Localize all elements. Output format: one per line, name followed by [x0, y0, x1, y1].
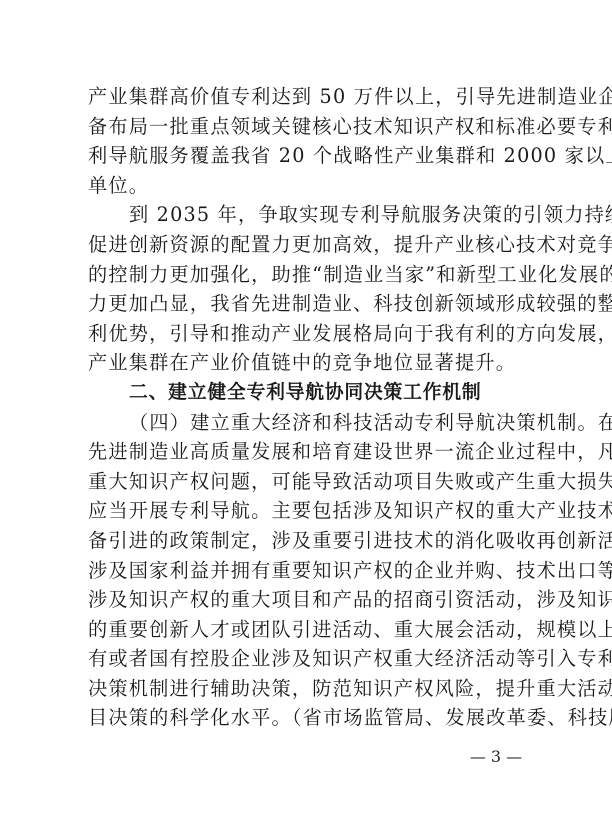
paragraph-line: 先进制造业高质量发展和培育建设世界一流企业过程中，凡涉及 [88, 437, 522, 467]
paragraph-line: 重大知识产权问题，可能导致活动项目失败或产生重大损失的， [88, 467, 522, 497]
paragraph-line: 涉及知识产权的重大项目和产品的招商引资活动，涉及知识产权 [88, 585, 522, 615]
paragraph-line: 涉及国家利益并拥有重要知识产权的企业并购、技术出口等活动， [88, 556, 522, 586]
paragraph-line: 单位。 [88, 171, 522, 201]
paragraph-line: 备引进的政策制定，涉及重要引进技术的消化吸收再创新活动， [88, 526, 522, 556]
document-page: 产业集群高价值专利达到 50 万件以上，引导先进制造业企业储 备布局一批重点领域… [0, 0, 612, 824]
section-heading: 二、建立健全专利导航协同决策工作机制 [88, 378, 522, 408]
paragraph-line: 有或者国有控股企业涉及知识产权重大经济活动等引入专利导航 [88, 644, 522, 674]
subsection-line: （四）建立重大经济和科技活动专利导航决策机制。在推动 [88, 408, 522, 438]
paragraph-line: 利优势，引导和推动产业发展格局向于我有利的方向发展，省内 [88, 319, 522, 349]
page-number: — 3 — [466, 747, 526, 766]
paragraph-line: 的重要创新人才或团队引进活动、重大展会活动，规模以上的国 [88, 615, 522, 645]
paragraph-line: 产业集群高价值专利达到 50 万件以上，引导先进制造业企业储 [88, 82, 522, 112]
paragraph-line: 目决策的科学化水平。（省市场监管局、发展改革委、科技厅、 [88, 703, 522, 733]
paragraph-line: 利导航服务覆盖我省 20 个战略性产业集群和 2000 家以上企事业 [88, 141, 522, 171]
paragraph-line: 的控制力更加强化，助推“制造业当家”和新型工业化发展的支撑 [88, 260, 522, 290]
paragraph-line: 应当开展专利导航。主要包括涉及知识产权的重大产业技术和装 [88, 496, 522, 526]
paragraph-line: 到 2035 年，争取实现专利导航服务决策的引领力持续增强， [88, 200, 522, 230]
paragraph-line: 产业集群在产业价值链中的竞争地位显著提升。 [88, 348, 522, 378]
paragraph-line: 力更加凸显，我省先进制造业、科技创新领域形成较强的整体专 [88, 289, 522, 319]
paragraph-line: 促进创新资源的配置力更加高效，提升产业核心技术对竞争市场 [88, 230, 522, 260]
paragraph-line: 备布局一批重点领域关键核心技术知识产权和标准必要专利。专 [88, 112, 522, 142]
paragraph-line: 决策机制进行辅助决策，防范知识产权风险，提升重大活动、项 [88, 674, 522, 704]
document-body: 产业集群高价值专利达到 50 万件以上，引导先进制造业企业储 备布局一批重点领域… [88, 82, 522, 733]
